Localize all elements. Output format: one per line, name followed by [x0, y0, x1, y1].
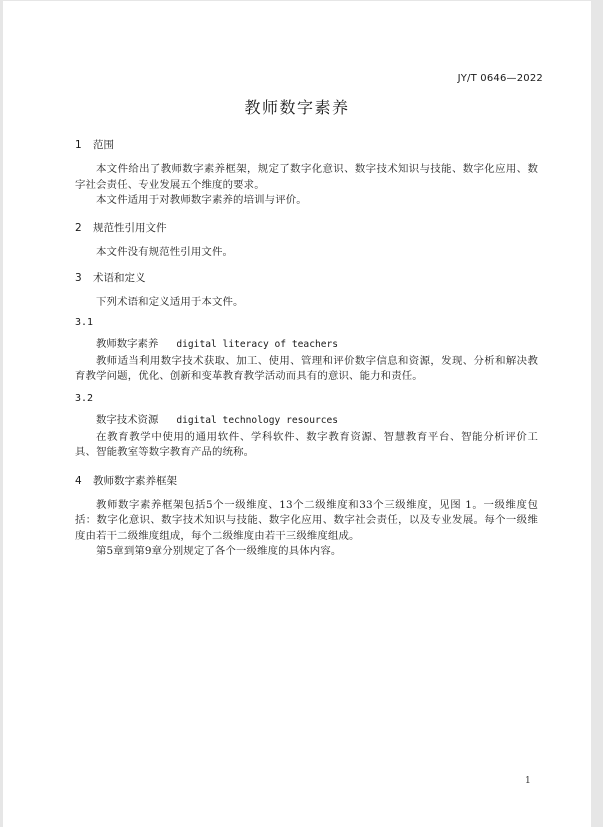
section-number: 1 — [75, 138, 93, 152]
section-normative-references: 2规范性引用文件 本文件没有规范性引用文件。 — [75, 221, 538, 261]
term-chinese: 数字技术资源 — [96, 414, 158, 426]
standard-code: JY/T 0646—2022 — [458, 73, 543, 84]
document-title: 教师数字素养 — [3, 95, 591, 118]
document-page: JY/T 0646—2022 教师数字素养 1范围 本文件给出了教师数字素养框架… — [3, 1, 591, 827]
paragraph: 下列术语和定义适用于本文件。 — [75, 295, 538, 311]
section-title: 教师数字素养框架 — [93, 475, 177, 487]
paragraph: 本文件没有规范性引用文件。 — [75, 245, 538, 261]
document-body: 1范围 本文件给出了教师数字素养框架，规定了数字化意识、数字技术知识与技能、数字… — [75, 138, 538, 560]
section-title: 术语和定义 — [93, 272, 146, 284]
term-line: 教师数字素养digital literacy of teachers — [75, 337, 538, 352]
section-heading: 4教师数字素养框架 — [75, 474, 538, 488]
paragraph: 本文件给出了教师数字素养框架，规定了数字化意识、数字技术知识与技能、数字化应用、… — [75, 162, 538, 193]
section-number: 4 — [75, 474, 93, 488]
section-heading: 3术语和定义 — [75, 271, 538, 285]
section-heading: 2规范性引用文件 — [75, 221, 538, 235]
paragraph: 教师数字素养框架包括5个一级维度、13个二级维度和33个三级维度，见图 1。一级… — [75, 498, 538, 545]
section-number: 3 — [75, 271, 93, 285]
section-framework: 4教师数字素养框架 教师数字素养框架包括5个一级维度、13个二级维度和33个三级… — [75, 474, 538, 560]
page-number: 1 — [525, 776, 531, 786]
term-chinese: 教师数字素养 — [96, 338, 158, 350]
section-terms-definitions: 3术语和定义 下列术语和定义适用于本文件。 3.1 教师数字素养digital … — [75, 271, 538, 461]
term-english: digital literacy of teachers — [176, 339, 338, 350]
paragraph: 第5章到第9章分别规定了各个一级维度的具体内容。 — [75, 544, 538, 560]
term-entry: 3.2 数字技术资源digital technology resources 在… — [75, 392, 538, 461]
term-definition: 在教育教学中使用的通用软件、学科软件、数字教育资源、智慧教育平台、智能分析评价工… — [75, 430, 538, 461]
section-number: 2 — [75, 221, 93, 235]
paragraph: 本文件适用于对教师数字素养的培训与评价。 — [75, 193, 538, 209]
section-title: 规范性引用文件 — [93, 222, 167, 234]
term-english: digital technology resources — [176, 415, 338, 426]
section-scope: 1范围 本文件给出了教师数字素养框架，规定了数字化意识、数字技术知识与技能、数字… — [75, 138, 538, 209]
clause-number: 3.2 — [75, 392, 538, 406]
section-heading: 1范围 — [75, 138, 538, 152]
term-line: 数字技术资源digital technology resources — [75, 413, 538, 428]
term-definition: 教师适当利用数字技术获取、加工、使用、管理和评价数字信息和资源，发现、分析和解决… — [75, 354, 538, 385]
term-entry: 3.1 教师数字素养digital literacy of teachers 教… — [75, 316, 538, 385]
section-title: 范围 — [93, 139, 114, 151]
clause-number: 3.1 — [75, 316, 538, 330]
